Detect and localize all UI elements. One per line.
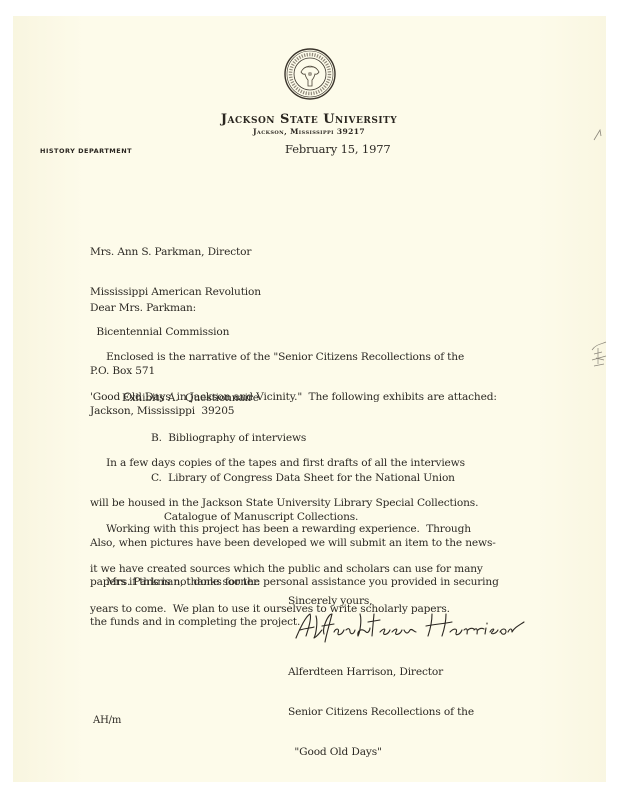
salutation: Dear Mrs. Parkman:: [90, 302, 196, 315]
institution-address: Jackson, Mississippi 39217: [0, 127, 618, 136]
recipient-line: Mrs. Ann S. Parkman, Director: [90, 246, 261, 259]
paragraph-line: In a few days copies of the tapes and fi…: [90, 457, 496, 470]
margin-pencil-scribble-icon: [588, 340, 610, 374]
exhibit-item: Exhibits A. Questionnaire: [122, 392, 455, 405]
department-label: HISTORY DEPARTMENT: [40, 147, 132, 155]
signer-project: Senior Citizens Recollections of the: [288, 706, 474, 719]
paragraph-line: Mrs. Parkman, thanks for the personal as…: [90, 576, 499, 589]
closing: Sincerely yours,: [288, 595, 372, 608]
university-seal-icon: [284, 48, 336, 100]
letter-date: February 15, 1977: [285, 143, 391, 156]
signer-name-title: Alferdteen Harrison, Director: [288, 666, 474, 679]
handwritten-signature: Alferdteen Harrison: [292, 608, 532, 644]
institution-name: Jackson State University: [0, 112, 618, 127]
reference-initials: AH/m: [93, 714, 121, 727]
signer-project: "Good Old Days": [288, 746, 474, 759]
margin-pencil-mark-icon: [592, 128, 604, 142]
signature-block: Alferdteen Harrison, Director Senior Cit…: [288, 640, 474, 772]
paragraph-line: Enclosed is the narrative of the "Senior…: [90, 351, 497, 364]
paragraph-line: Working with this project has been a rew…: [90, 523, 483, 536]
recipient-line: Mississippi American Revolution: [90, 286, 261, 299]
